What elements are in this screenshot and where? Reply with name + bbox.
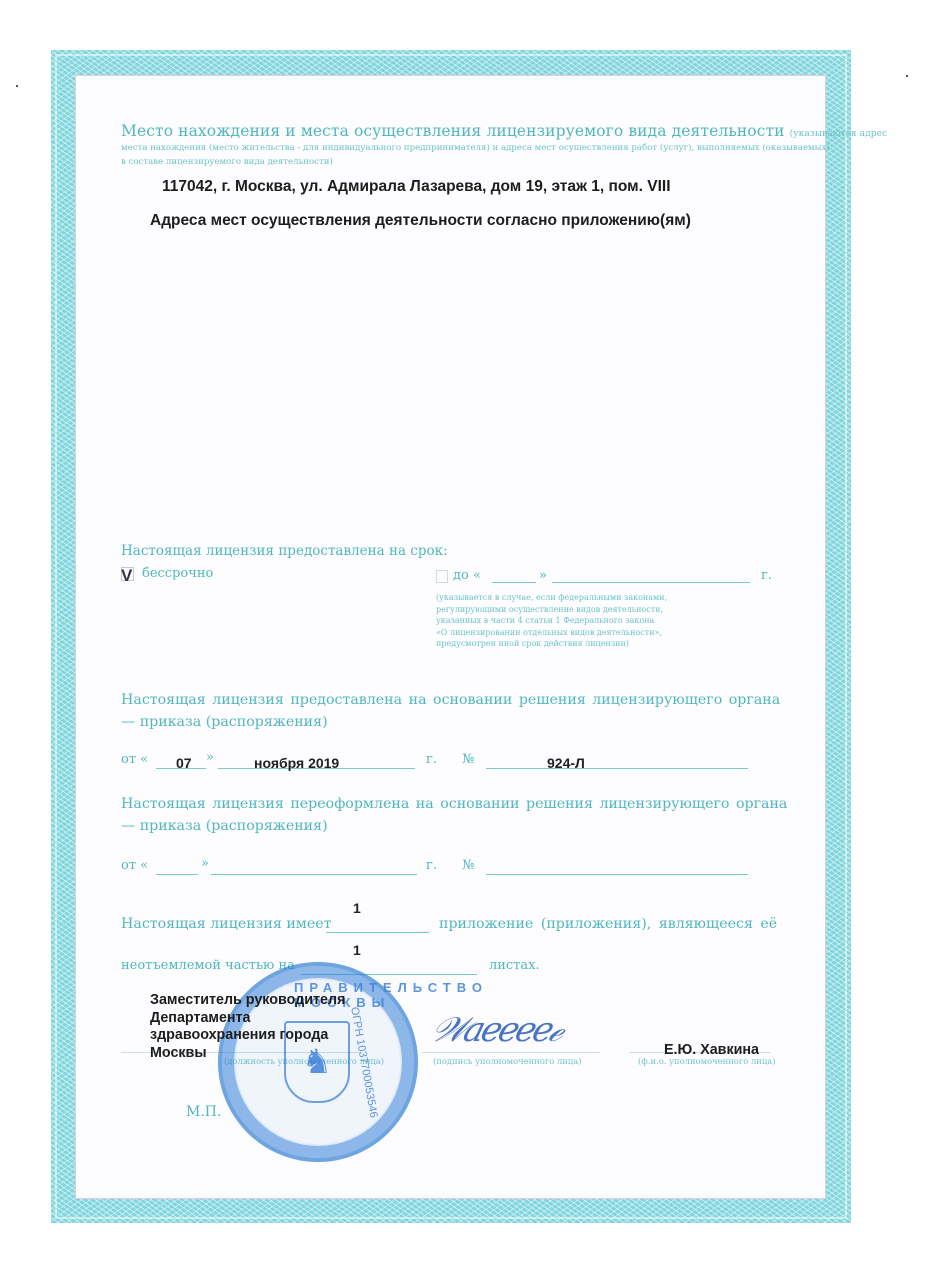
reissue-day-field[interactable] [156,874,198,875]
appendix-count-row: Настоящая лицензия имеет 1 приложение (п… [121,900,771,940]
reissue-basis-line1: Настоящая лицензия переоформлена на осно… [121,796,787,812]
grant-number-value: 924-Л [547,755,585,771]
signature-line [422,1052,600,1053]
grant-quote-close: » [206,750,214,765]
appendix-count-field[interactable] [326,932,429,933]
appendix-sheets-row: неотъемлемой частью на 1 листах. [121,940,771,980]
footnote-line: (указывается в случае, если федеральными… [436,592,667,604]
position-line-text: Москвы [150,1045,345,1063]
grant-basis-line1: Настоящая лицензия предоставлена на осно… [121,692,780,708]
location-heading: Место нахождения и места осуществления л… [121,122,887,140]
grant-order-row: от « 07 » ноября 2019 г. № 924-Л [121,752,761,774]
reissue-month-year-field[interactable] [211,874,417,875]
until-quote-close: » [539,568,547,583]
location-heading-note: (указываются адрес [790,129,888,139]
position-line-text: Заместитель руководителя [150,992,345,1010]
until-year-suffix: г. [761,568,772,583]
scan-speck [906,75,908,77]
grant-number-label: № [462,752,474,767]
signatory-name: Е.Ю. Хавкина [664,1042,759,1058]
term-footnote: (указывается в случае, если федеральными… [436,592,667,650]
appendix-sheets-value: 1 [353,942,361,958]
footnote-line: предусмотрен иной срок действия лицензии… [436,638,667,650]
appendix-text-2: приложение (приложения), являющееся её [439,916,777,932]
position-line-text: Департамента [150,1010,345,1028]
position-line-text: здравоохранения города [150,1027,345,1045]
grant-year-suffix: г. [426,752,437,767]
grant-day-value: 07 [176,755,192,771]
location-heading-text: Место нахождения и места осуществления л… [121,122,785,140]
seal-label: М.П. [186,1104,221,1120]
signatory-position: Заместитель руководителя Департамента зд… [150,992,345,1062]
scan-speck [16,85,18,87]
unlimited-checkbox[interactable]: V [121,567,134,581]
footnote-line: «О лицензировании отдельных видов деятел… [436,627,667,639]
until-month-year-field[interactable] [552,582,750,583]
until-day-field[interactable] [492,582,536,583]
grant-number-field[interactable] [486,768,748,769]
reissue-from-label: от « [121,858,148,873]
until-prefix: до « [453,568,481,583]
handwritten-signature: 𝒲aeeeeℯ [427,1010,566,1050]
footnote-line: регулирующими осуществление видов деятел… [436,604,667,616]
location-note-line2: места нахождения (место жительства - для… [121,143,830,153]
grant-basis-line2: — приказа (распоряжения) [121,714,328,730]
signature-caption: (подпись уполномоченного лица) [433,1056,582,1066]
reissue-quote-close: » [201,856,209,871]
unlimited-label: бессрочно [142,566,213,581]
reissue-basis-line2: — приказа (распоряжения) [121,818,328,834]
grant-month-year-value: ноября 2019 [254,755,339,771]
appendix-text-4: листах. [489,958,540,973]
addresses-appendix-note: Адреса мест осуществления деятельности с… [150,212,691,230]
until-checkbox[interactable] [436,570,448,583]
appendix-text-1: Настоящая лицензия имеет [121,916,331,932]
reissue-number-field[interactable] [486,874,748,875]
reissue-year-suffix: г. [426,858,437,873]
reissue-number-label: № [462,858,474,873]
grant-from-label: от « [121,752,148,767]
license-address: 117042, г. Москва, ул. Адмирала Лазарева… [162,178,671,196]
check-mark-icon: V [121,566,132,586]
term-unlimited-option[interactable]: V бессрочно [121,566,213,581]
term-until-option[interactable]: до « » г. [436,568,766,586]
appendix-count-value: 1 [353,900,361,916]
footnote-line: указанных в части 4 статьи 1 Федеральног… [436,615,667,627]
reissue-order-row: от « » г. № [121,858,761,880]
term-label: Настоящая лицензия предоставлена на срок… [121,543,448,559]
location-note-line3: в составе лицензируемого вида деятельнос… [121,157,333,167]
